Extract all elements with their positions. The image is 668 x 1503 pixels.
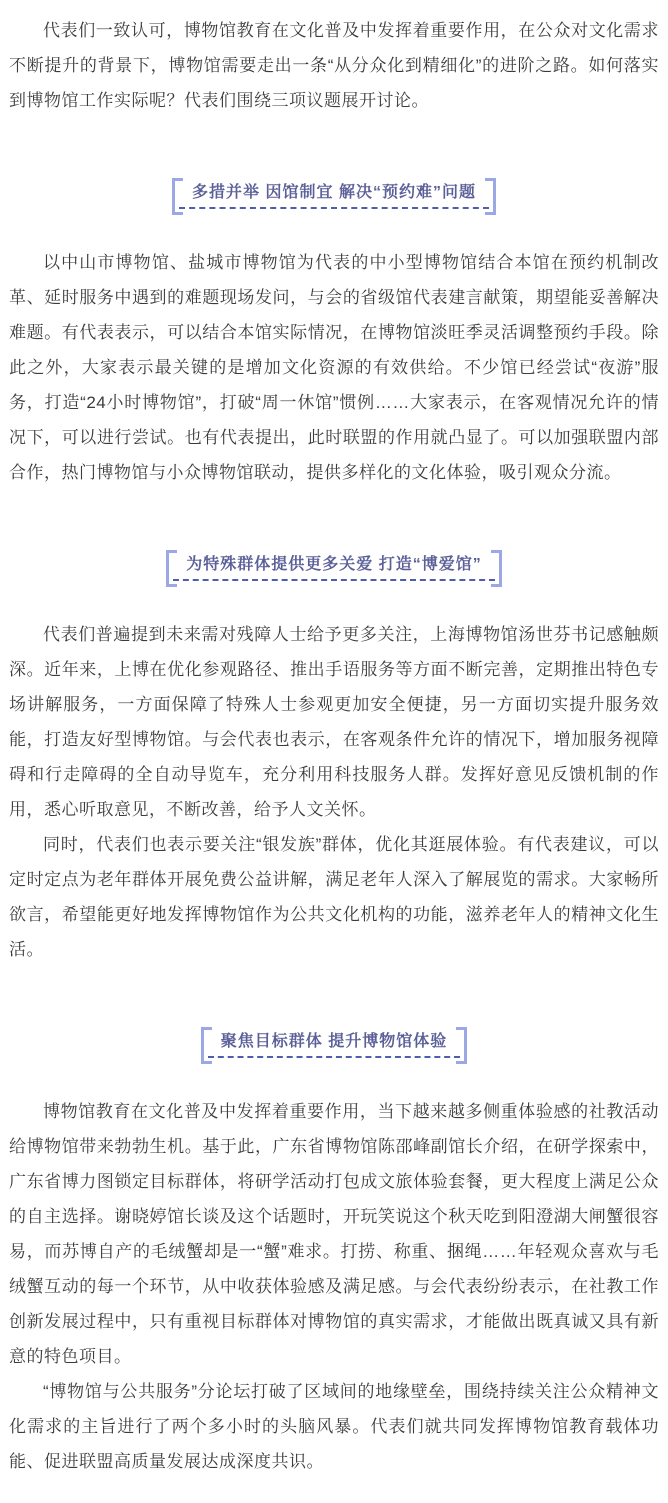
paragraph-silver-generation: 同时，代表们也表示要关注“银发族”群体，优化其逛展体验。有代表建议，可以定时定点… (9, 827, 659, 967)
paragraph-intro: 代表们一致认可，博物馆教育在文化普及中发挥着重要作用，在公众对文化需求不断提升的… (9, 13, 659, 118)
heading-dashed-underline (173, 579, 494, 581)
bracket-left-icon (201, 1027, 212, 1064)
bracket-left-icon (166, 550, 177, 587)
section-heading-2-box: 为特殊群体提供更多关爱 打造“博爱馆” (166, 550, 501, 587)
section-heading-1: 多措并举 因馆制宜 解决“预约难”问题 (9, 178, 659, 215)
bracket-right-icon (485, 178, 496, 215)
section-heading-1-text: 多措并举 因馆制宜 解决“预约难”问题 (192, 184, 476, 201)
section-heading-3-box: 聚焦目标群体 提升博物馆体验 (201, 1027, 467, 1064)
bracket-right-icon (491, 550, 502, 587)
heading-dashed-underline (208, 1056, 460, 1058)
section-heading-1-box: 多措并举 因馆制宜 解决“预约难”问题 (172, 178, 496, 215)
bracket-right-icon (456, 1027, 467, 1064)
bracket-left-icon (172, 178, 183, 215)
heading-dashed-underline (179, 207, 489, 209)
section-heading-2-text: 为特殊群体提供更多关爱 打造“博爱馆” (186, 556, 481, 573)
paragraph-special-groups: 代表们普遍提到未来需对残障人士给予更多关注，上海博物馆汤世芬书记感触颇深。近年来… (9, 617, 659, 827)
section-heading-3: 聚焦目标群体 提升博物馆体验 (9, 1027, 659, 1064)
article-page: 代表们一致认可，博物馆教育在文化普及中发挥着重要作用，在公众对文化需求不断提升的… (0, 0, 668, 1503)
paragraph-target-groups: 博物馆教育在文化普及中发挥着重要作用，当下越来越多侧重体验感的社教活动给博物馆带… (9, 1094, 659, 1374)
section-heading-3-text: 聚焦目标群体 提升博物馆体验 (221, 1033, 447, 1050)
paragraph-reservation: 以中山市博物馆、盐城市博物馆为代表的中小型博物馆结合本馆在预约机制改革、延时服务… (9, 245, 659, 490)
paragraph-closing: “博物馆与公共服务”分论坛打破了区域间的地缘壁垒，围绕持续关注公众精神文化需求的… (9, 1374, 659, 1479)
section-heading-2: 为特殊群体提供更多关爱 打造“博爱馆” (9, 550, 659, 587)
